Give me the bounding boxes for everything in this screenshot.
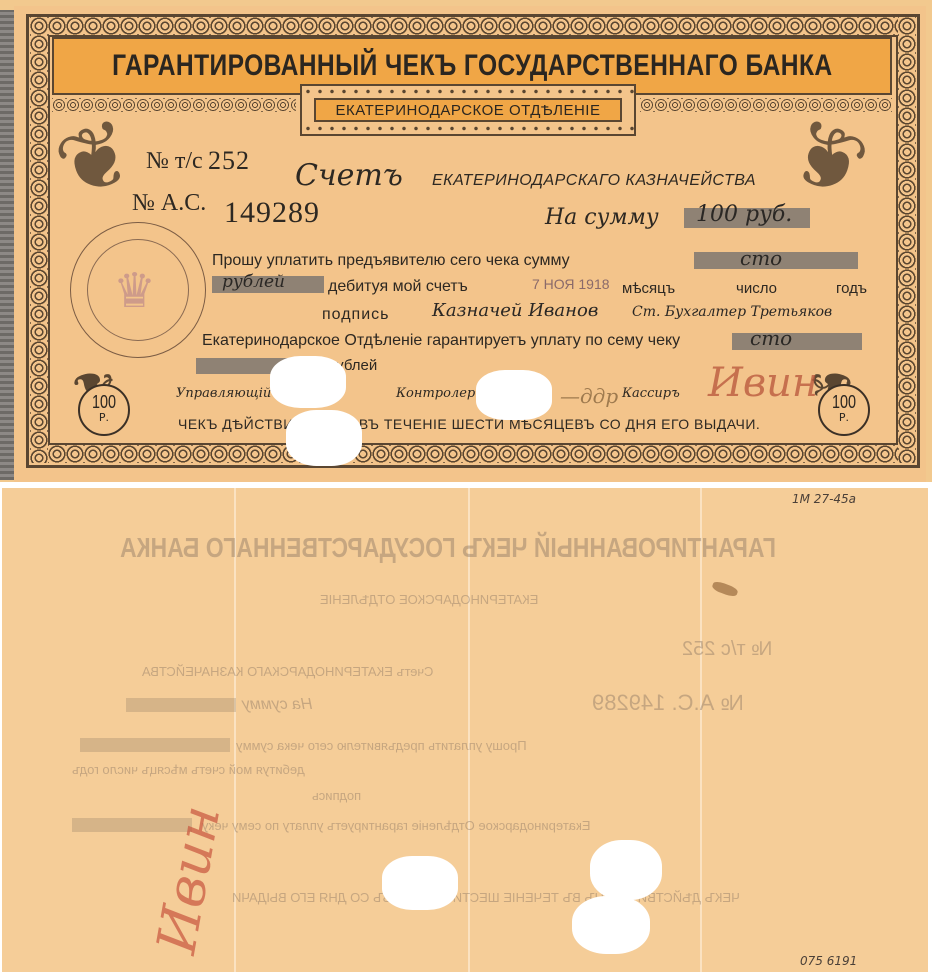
date-stamp: 7 НОЯ 1918 — [532, 276, 610, 292]
mirrored-stamp — [80, 738, 230, 752]
cancellation-hole — [572, 896, 650, 954]
cashier-signature: Ивин — [708, 360, 818, 406]
dot-row-top — [302, 88, 634, 95]
cashier-label: Кассиръ — [622, 386, 680, 401]
controller-signature: —ддр — [560, 384, 618, 408]
branch-label-box: ЕКАТЕРИНОДАРСКОЕ ОТДѢЛЕНІЕ — [314, 98, 622, 122]
cancellation-hole — [286, 410, 362, 466]
eagle-emblem-icon: ♛ — [113, 263, 156, 319]
mirrored-validity: ЧЕКЪ ДѢЙСТВИТЕЛЕНЪ ВЪ ТЕЧЕНІЕ ШЕСТИ МѢСЯ… — [232, 890, 740, 905]
guarantee-amount-words: сто — [750, 326, 792, 350]
series-value: 252 — [208, 146, 250, 176]
pay-instruction: Прошу уплатить предъявителю сего чека су… — [212, 252, 570, 270]
denomination-medallion-right: 100 Р. — [818, 384, 870, 436]
signature-label: подпись — [322, 306, 389, 324]
denomination-medallion-left: 100 Р. — [78, 384, 130, 436]
day-label: число — [736, 280, 777, 297]
signature-accountant: Ст. Бухгалтер Третьяков — [632, 304, 832, 320]
ornament-band-right — [640, 98, 892, 112]
mirrored-series: № т/с 252 — [682, 638, 773, 661]
guilloche-border-top — [30, 17, 916, 35]
amount-value: 100 руб. — [696, 202, 792, 227]
serial-number: 149289 — [224, 196, 320, 230]
denomination-value: 100 — [825, 392, 863, 413]
cheque-back: 1М 27-45а ГАРАНТИРОВАННЫЙ ЧЕКЪ ГОСУДАРСТ… — [2, 488, 928, 972]
validity-notice: ЧЕКЪ ДѢЙСТВИТЕЛЕНЪ ВЪ ТЕЧЕНІЕ ШЕСТИ МѢСЯ… — [178, 416, 760, 432]
controller-label: Контролеръ — [396, 386, 484, 401]
pay-amount-words: сто — [740, 246, 782, 270]
series-label: № т/с — [146, 148, 203, 175]
branch-name: ЕКАТЕРИНОДАРСКОЕ ОТДѢЛЕНІЕ — [336, 102, 601, 119]
mirrored-guarantee: Екатеринодарское Отдѣленіе гарантируетъ … — [202, 818, 591, 833]
branch-plate: ЕКАТЕРИНОДАРСКОЕ ОТДѢЛЕНІЕ — [300, 84, 636, 136]
mirrored-pay-line: Прошу уплатить предъявителю сего чека су… — [236, 738, 527, 753]
currency-word: рублей — [222, 272, 285, 292]
mirrored-amount: На сумму — [242, 696, 312, 714]
bank-seal: ♛ — [70, 222, 206, 358]
pencil-note-top: 1М 27-45а — [792, 492, 856, 506]
serial-label: № А.С. — [132, 190, 206, 217]
guilloche-border-left — [30, 17, 48, 463]
cancellation-hole — [270, 356, 346, 408]
stain — [711, 580, 739, 598]
guarantee-line: Екатеринодарское Отдѣленіе гарантируетъ … — [202, 332, 680, 350]
mirrored-debit-line: дебитуя мой счетъ мѣсяцъ число годъ — [72, 762, 305, 777]
year-label: годъ — [836, 280, 867, 297]
mirrored-stamp — [126, 698, 236, 712]
mirrored-title: ГАРАНТИРОВАННЫЙ ЧЕКЪ ГОСУДАРСТВЕННАГО БА… — [120, 532, 776, 564]
cancellation-hole — [476, 370, 552, 420]
mirrored-account: Счетъ ЕКАТЕРИНОДАРСКАГО КАЗНАЧЕЙСТВА — [142, 664, 433, 679]
mirrored-serial: № А.С. 149289 — [592, 690, 744, 716]
cheque-title: ГАРАНТИРОВАННЫЙ ЧЕКЪ ГОСУДАРСТВЕННАГО БА… — [112, 49, 832, 83]
guilloche-border-bottom — [30, 445, 916, 463]
month-label: мѣсяцъ — [622, 280, 675, 297]
pencil-note-bottom: 075 6191 — [800, 954, 857, 968]
account-label: Счетъ — [295, 158, 403, 193]
mirrored-branch: ЕКАТЕРИНОДАРСКОЕ ОТДѢЛЕНІЕ — [320, 592, 538, 607]
guilloche-border-right — [898, 17, 916, 463]
signature-treasurer: Казначей Иванов — [432, 300, 598, 321]
cheque-front: ГАРАНТИРОВАННЫЙ ЧЕКЪ ГОСУДАРСТВЕННАГО БА… — [0, 0, 932, 482]
cancellation-hole — [382, 856, 458, 910]
amount-label: На сумму — [545, 205, 659, 230]
mirrored-signature-line: подпись — [312, 788, 361, 803]
dot-row-bottom — [302, 125, 634, 132]
denomination-value: 100 — [85, 392, 123, 413]
debit-line: дебитуя мой счетъ — [328, 278, 468, 296]
manager-label: Управляющій — [176, 386, 271, 401]
account-holder: ЕКАТЕРИНОДАРСКАГО КАЗНАЧЕЙСТВА — [432, 172, 756, 190]
cancellation-hole — [590, 840, 662, 900]
